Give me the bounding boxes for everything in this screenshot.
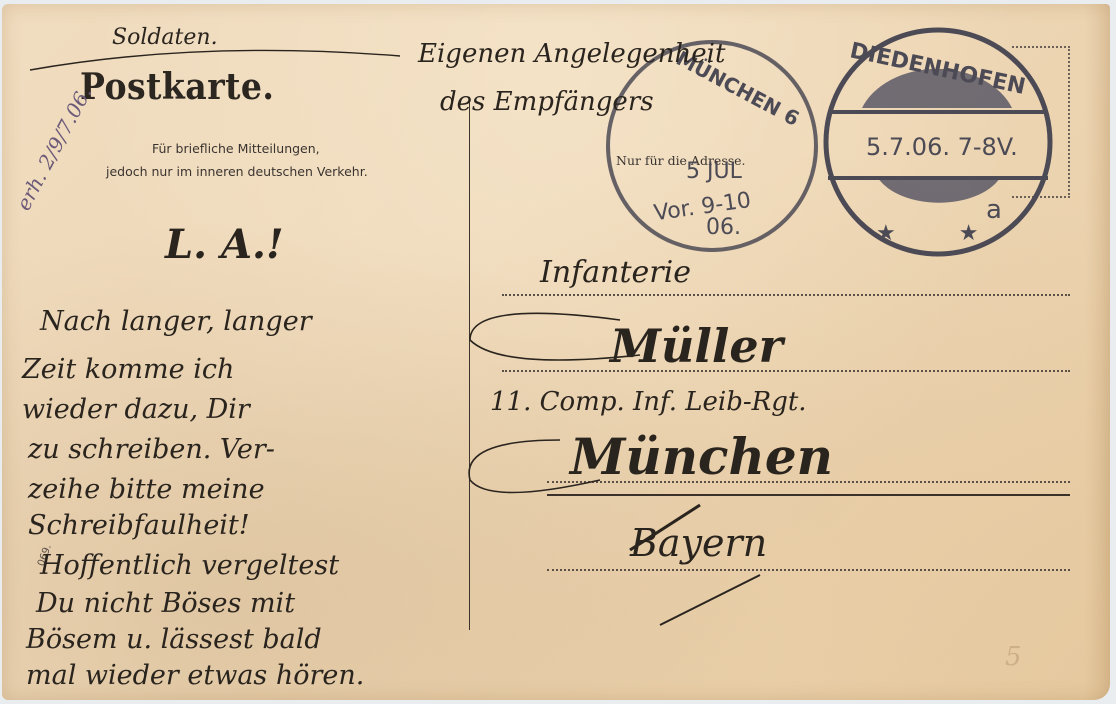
message-line: Bösem u. lässest bald: [25, 624, 322, 655]
message-line: zeihe bitte meine: [27, 474, 265, 505]
diedenhofen-date: 5.7.06. 7-8V.: [866, 133, 1018, 161]
pencil-note: erh. 2/9/7.06.: [11, 82, 96, 214]
message-line: Nach langer, langer: [39, 306, 314, 337]
address-city: München: [568, 427, 833, 486]
corner-pencil-mark: 5: [1005, 642, 1022, 672]
address-name: Müller: [608, 319, 787, 373]
recipient-address: Infanterie Müller 11. Comp. Inf. Leib-Rg…: [469, 255, 833, 625]
munchen-date: 5 JUL: [686, 159, 743, 184]
address-region: Bayern: [629, 521, 767, 565]
ink-layer: MÜNCHEN 6 5 JUL Vor. 9-10 06. DIEDENHOFE…: [0, 0, 1116, 704]
message-line: Hoffentlich vergeltest: [39, 550, 339, 581]
munchen-postmark: MÜNCHEN 6 5 JUL Vor. 9-10 06.: [608, 42, 816, 250]
address-unit: 11. Comp. Inf. Leib-Rgt.: [490, 387, 807, 417]
message-line: Du nicht Böses mit: [35, 588, 295, 619]
message-line: Schreibfaulheit!: [28, 510, 250, 541]
handwriting-top-right-1: Eigenen Angelegenheit: [417, 39, 726, 69]
greeting: L. A.!: [164, 221, 284, 268]
message-line: mal wieder etwas hören.: [26, 660, 364, 691]
handwriting-top-right-2: des Empfängers: [440, 87, 654, 117]
munchen-year: 06.: [706, 215, 741, 240]
message-line: wieder dazu, Dir: [22, 394, 252, 425]
diedenhofen-stars: ★ ★: [876, 221, 1006, 246]
message-line: Zeit komme ich: [21, 354, 234, 385]
diedenhofen-postmark: DIEDENHOFEN 5.7.06. 7-8V. a ★ ★: [826, 30, 1050, 254]
message-body: Nach langer, langer Zeit komme ich wiede…: [21, 306, 364, 691]
message-line: zu schreiben. Ver-: [27, 434, 275, 465]
handwriting-soldaten: Soldaten.: [112, 25, 218, 50]
address-rank: Infanterie: [539, 255, 691, 290]
